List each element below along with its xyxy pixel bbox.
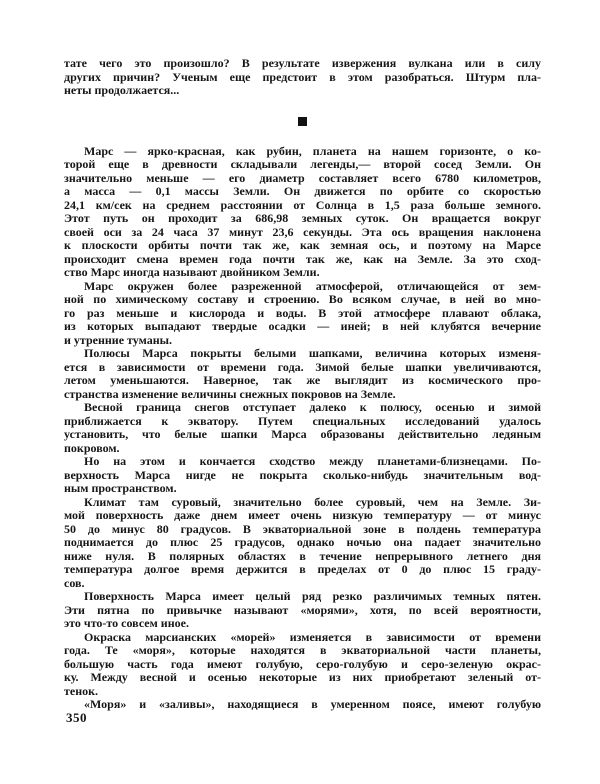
text-line: своей оси за 24 часа 37 минут 23,6 секун… xyxy=(64,226,541,240)
text-line: температура долгое время держится в пред… xyxy=(64,563,541,577)
text-line: приближается к экватору. Путем специальн… xyxy=(64,415,541,429)
text-line: значительно меньше — его диаметр составл… xyxy=(64,172,541,186)
text-line: ной по химическому составу и строению. В… xyxy=(64,293,541,307)
text-line: Весной граница снегов отступает далеко к… xyxy=(64,401,541,415)
text-line: тенок. xyxy=(64,685,541,699)
text-line: к плоскости орбиты почти так же, как зем… xyxy=(64,239,541,253)
text-line: покровом. xyxy=(64,442,541,456)
text-line: ется в зависимости от времени года. Зимо… xyxy=(64,361,541,375)
text-line: неты продолжается... xyxy=(64,84,541,98)
text-line: Эти пятна по привычке называют «морями»,… xyxy=(64,604,541,618)
text-line: верхность Марса нигде не покрыта сколько… xyxy=(64,469,541,483)
text-line: Но на этом и кончается сходство между пл… xyxy=(64,455,541,469)
text-line: это что-то совсем иное. xyxy=(64,617,541,631)
text-line: Окраска марсианских «морей» изменяется в… xyxy=(64,631,541,645)
book-page: тате чего это произошло? В результате из… xyxy=(0,0,600,784)
text-line: ным пространством. xyxy=(64,482,541,496)
text-block: тате чего это произошло? В результате из… xyxy=(64,57,541,712)
text-line: из которых выпадают твердые осадки — ине… xyxy=(64,320,541,334)
text-line: и утренние туманы. xyxy=(64,334,541,348)
text-line: го раз меньше и кислорода и воды. В этой… xyxy=(64,307,541,321)
divider-square-icon xyxy=(298,117,307,126)
text-line: других причин? Ученым еще предстоит в эт… xyxy=(64,71,541,85)
text-line: Этот путь он проходит за 686,98 земных с… xyxy=(64,212,541,226)
text-line: ку. Между весной и осенью некоторые из н… xyxy=(64,671,541,685)
text-line: Марс — ярко-красная, как рубин, планета … xyxy=(64,145,541,159)
text-line: года. Те «моря», которые находятся в экв… xyxy=(64,644,541,658)
text-line: поднимается до плюс 25 градусов, однако … xyxy=(64,536,541,550)
text-line: 50 до минус 80 градусов. В экваториально… xyxy=(64,523,541,537)
text-line: Марс окружен более разреженной атмосферо… xyxy=(64,280,541,294)
text-line: ниже нуля. В полярных областях в течение… xyxy=(64,550,541,564)
text-line: большую часть года имеют голубую, серо-г… xyxy=(64,658,541,672)
text-line: а масса — 0,1 массы Земли. Он движется п… xyxy=(64,185,541,199)
text-line: Поверхность Марса имеет целый ряд резко … xyxy=(64,590,541,604)
page-number: 350 xyxy=(66,710,87,726)
text-line: сов. xyxy=(64,577,541,591)
text-line: 24,1 км/сек на среднем расстоянии от Сол… xyxy=(64,199,541,213)
text-line: «Моря» и «заливы», находящиеся в умеренн… xyxy=(64,698,541,712)
section-divider xyxy=(64,98,541,145)
text-line: тате чего это произошло? В результате из… xyxy=(64,57,541,71)
text-line: установить, что белые шапки Марса образо… xyxy=(64,428,541,442)
text-line: происходит смена времен года почти так ж… xyxy=(64,253,541,267)
text-line: торой еще в древности складывали легенды… xyxy=(64,158,541,172)
text-line: летом уменьшаются. Наверное, так же выгл… xyxy=(64,374,541,388)
text-line: Климат там суровый, значительно более су… xyxy=(64,496,541,510)
text-line: странства изменение величины снежных пок… xyxy=(64,388,541,402)
text-line: Полюсы Марса покрыты белыми шапками, вел… xyxy=(64,347,541,361)
text-line: ство Марс иногда называют двойником Земл… xyxy=(64,266,541,280)
text-line: мой поверхность даже днем имеет очень ни… xyxy=(64,509,541,523)
